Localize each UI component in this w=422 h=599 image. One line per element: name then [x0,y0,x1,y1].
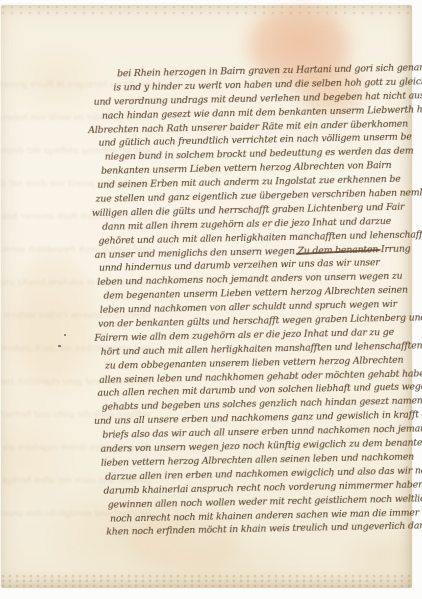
strikethrough-text: Zu dem benanten [297,244,378,257]
paper-stain [15,255,93,385]
scan-background: bei Rhein herzogen in Bairn graven zu Ha… [0,0,422,599]
manuscript-line-text: Irrung [378,243,411,255]
manuscript-page: bei Rhein herzogen in Bairn graven zu Ha… [1,5,412,588]
ink-speck [58,345,61,347]
ink-speck [64,334,66,336]
manuscript-text-block: bei Rhein herzogen in Bairn graven zu Ha… [87,61,422,540]
